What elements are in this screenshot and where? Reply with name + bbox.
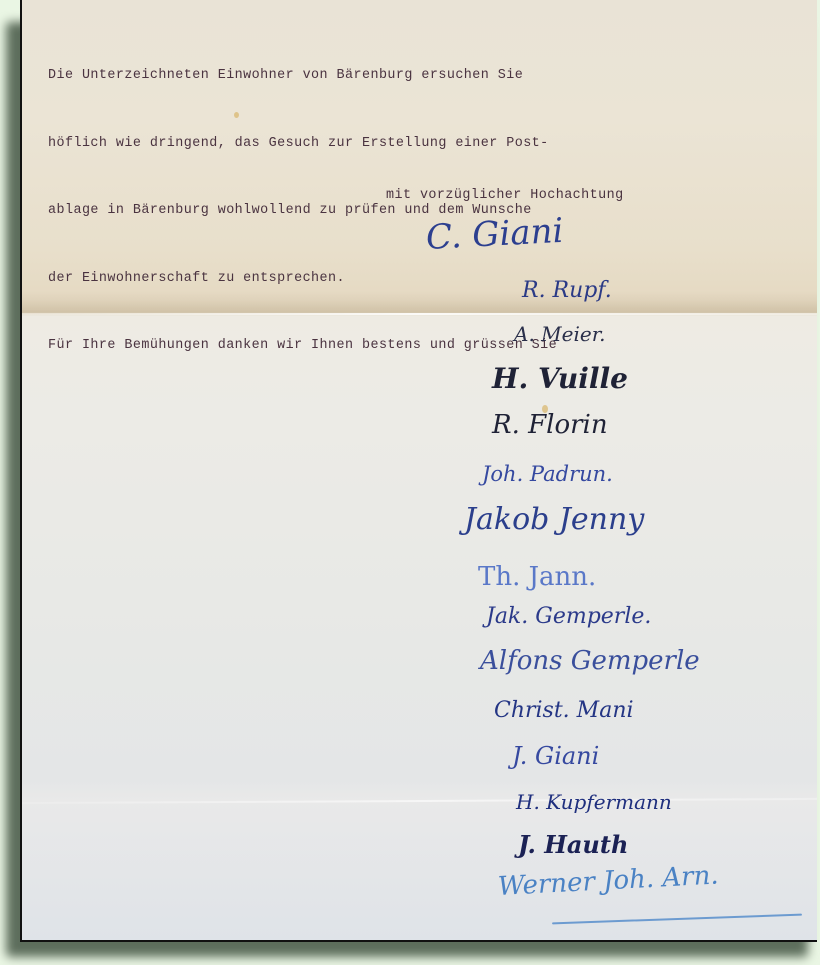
signature: R. Rupf. <box>522 278 612 303</box>
signature: H. Kupfermann <box>516 790 672 814</box>
signature: Christ. Mani <box>494 698 634 723</box>
letter-body: Die Unterzeichneten Einwohner von Bärenb… <box>48 20 557 403</box>
signature-underline <box>552 914 802 925</box>
signature: Joh. Padrun. <box>482 462 613 486</box>
signature: Jak. Gemperle. <box>486 604 651 629</box>
paper-fold-lower <box>22 798 817 804</box>
signature: Alfons Gemperle <box>480 646 700 676</box>
signature: Jakob Jenny <box>464 502 644 537</box>
letter-closing: mit vorzüglicher Hochachtung <box>386 188 624 203</box>
signature: Werner Joh. Arn. <box>497 860 719 902</box>
letter-line: höflich wie dringend, das Gesuch zur Ers… <box>48 133 557 156</box>
signature: H. Vuille <box>492 362 628 395</box>
signature: Th. Jann. <box>478 562 596 592</box>
signature: A. Meier. <box>514 322 605 346</box>
signature: J. Hauth <box>518 830 628 859</box>
letter-line: der Einwohnerschaft zu entsprechen. <box>48 268 557 291</box>
signature: C. Giani <box>425 211 564 258</box>
letter-line: Für Ihre Bemühungen danken wir Ihnen bes… <box>48 335 557 358</box>
signature: R. Florin <box>492 410 608 440</box>
letter-line: Die Unterzeichneten Einwohner von Bärenb… <box>48 65 557 88</box>
scanned-letter: Die Unterzeichneten Einwohner von Bärenb… <box>20 0 817 942</box>
signature: J. Giani <box>512 742 599 770</box>
